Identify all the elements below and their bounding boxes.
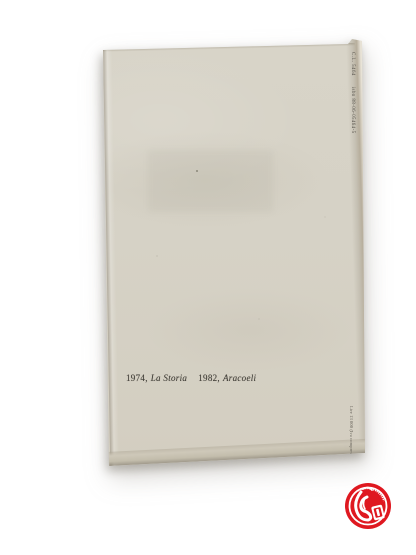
seller-stamp-icon [344, 482, 392, 530]
book-back-cover: 1974,La Storia1982,Aracoeli C.L. 5464isb… [0, 0, 416, 555]
book-shadow: 1974,La Storia1982,Aracoeli C.L. 5464isb… [0, 0, 416, 555]
catalog-code: C.L. 5464 [350, 52, 355, 76]
work-year-1: 1974, [126, 373, 148, 383]
work-year-2: 1982, [198, 373, 220, 383]
work-title-2: Aracoeli [223, 373, 256, 383]
book-photo: 1974,La Storia1982,Aracoeli C.L. 5464isb… [0, 0, 416, 555]
foxing-specks [196, 170, 198, 172]
ghost-text-impression [148, 150, 273, 212]
jacket-left-edge [103, 50, 119, 468]
price-note: Lire 13 000 (Iva compresa) [349, 406, 354, 458]
author-works-line: 1974,La Storia1982,Aracoeli [126, 373, 256, 383]
spine-codes: C.L. 5464isbn 88-06-05464-5 [350, 52, 355, 134]
work-title-1: La Storia [151, 373, 187, 383]
jacket-bottom-edge [106, 439, 370, 466]
jacket-top-edge [103, 43, 355, 52]
isbn-code: isbn 88-06-05464-5 [350, 87, 355, 134]
